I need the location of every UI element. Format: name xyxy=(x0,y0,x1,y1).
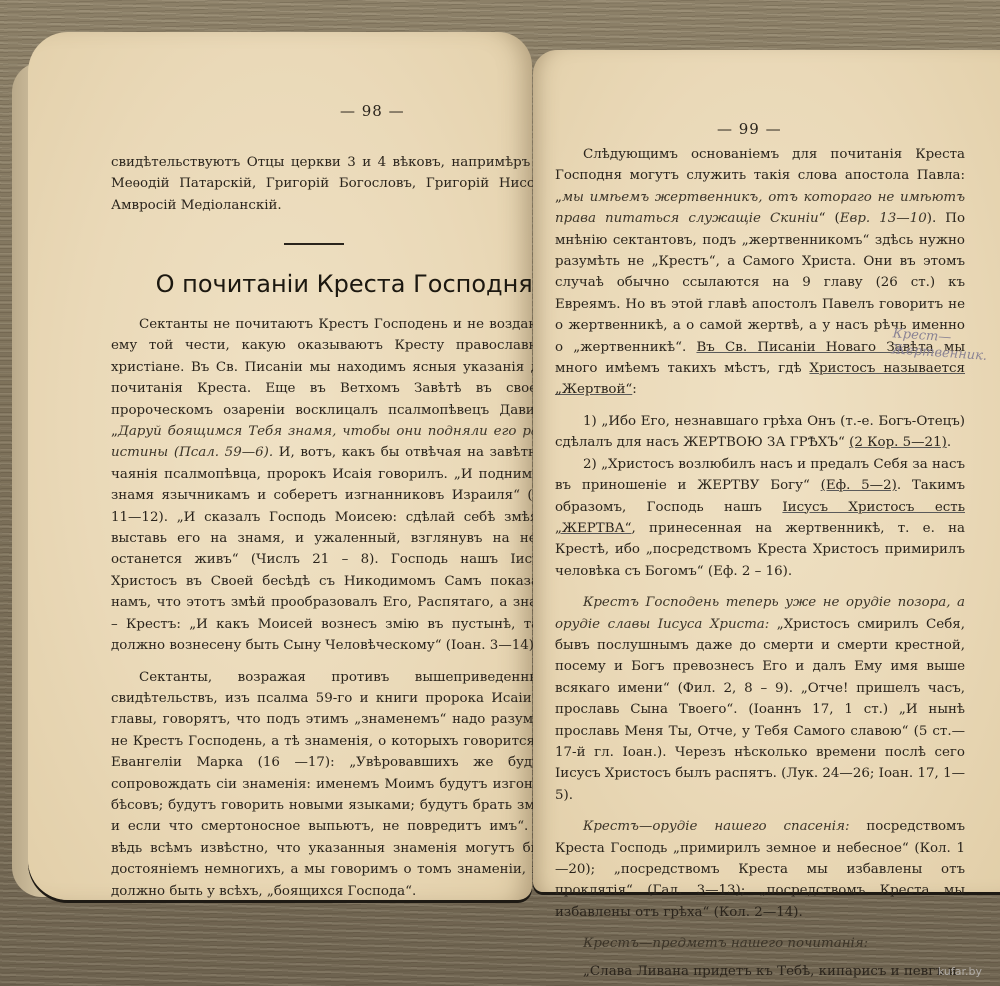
paragraph-1: Сектанты не почитаютъ Крестъ Господень и… xyxy=(111,314,556,657)
psalm-reference: (Псал. 59—6). xyxy=(174,445,273,460)
page-number-99: — 99 — xyxy=(717,120,782,138)
paragraph-2: Сектанты, возражая противъ вышеприведенн… xyxy=(111,667,556,902)
paragraph-1: Слѣдующимъ основаніемъ для почитанія Кре… xyxy=(555,144,965,401)
list-item-2: 2) „Христосъ возлюбилъ насъ и предалъ Се… xyxy=(555,454,965,582)
page-number-98: — 98 — xyxy=(340,102,405,120)
right-page: — 99 — Слѣдующимъ основаніемъ для почита… xyxy=(533,50,1000,892)
paragraph-veneration-heading: Крестъ—предметъ нашего почитанія: xyxy=(555,933,965,954)
section-divider xyxy=(284,243,344,245)
paragraph-glory: Крестъ Господень теперь уже не орудіе по… xyxy=(555,592,965,806)
intro-paragraph: свидѣтельствуютъ Отцы церкви 3 и 4 вѣков… xyxy=(111,152,556,216)
intro-text: свидѣтельствуютъ Отцы церкви 3 и 4 вѣков… xyxy=(111,152,556,216)
list-item-1: 1) „Ибо Его, незнавшаго грѣха Онъ (т.-е.… xyxy=(555,411,965,454)
watermark: kufar.by xyxy=(938,965,982,978)
left-body: Сектанты не почитаютъ Крестъ Господень и… xyxy=(111,314,556,902)
paragraph-lebanon: „Слава Ливана придетъ къ Тебѣ, кипарисъ … xyxy=(555,961,965,982)
paragraph-salvation: Крестъ—орудіе нашего спасенія: посредств… xyxy=(555,816,965,923)
section-heading: О почитаніи Креста Господня. xyxy=(138,270,558,298)
left-page: — 98 — свидѣтельствуютъ Отцы церкви 3 и … xyxy=(28,32,532,900)
right-body: Слѣдующимъ основаніемъ для почитанія Кре… xyxy=(555,144,965,982)
